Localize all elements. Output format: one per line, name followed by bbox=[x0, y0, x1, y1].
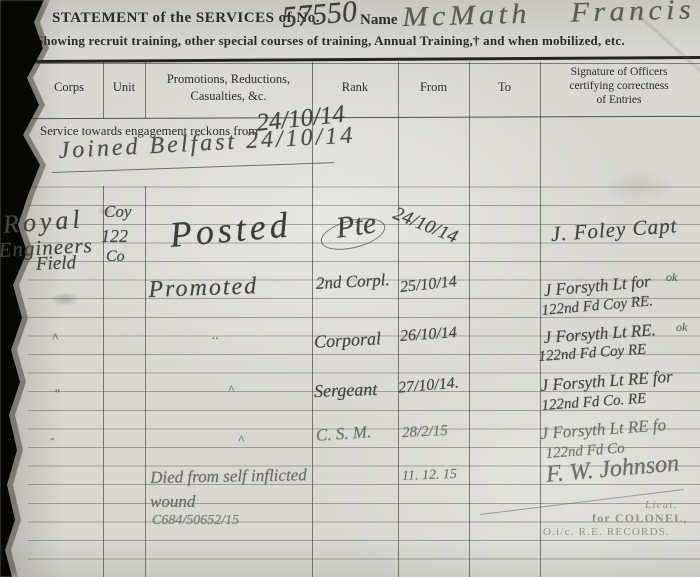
grid-line-to-signature bbox=[540, 62, 541, 577]
service-number-handwritten: 57550 bbox=[281, 0, 359, 35]
column-header-signature-line2: certifying correctness bbox=[540, 80, 698, 92]
entry1-corps-line3: Field bbox=[36, 252, 77, 275]
stamp-re-records: O.i/c. R.E. RECORDS. bbox=[543, 526, 670, 538]
column-header-corps: Corps bbox=[35, 80, 103, 95]
entry3-rank-handwritten: Corporal bbox=[313, 328, 381, 352]
entry1-unit-line2: 122 bbox=[101, 226, 128, 247]
column-header-promotions-line1: Promotions, Reductions, bbox=[145, 72, 312, 87]
entry3-corps-ditto: ^ bbox=[52, 330, 57, 346]
service-record-scan: STATEMENT of the SERVICES of No. 57550 N… bbox=[0, 0, 700, 577]
entry5-corps-ditto: - bbox=[50, 430, 54, 446]
grid-line-from-to bbox=[469, 62, 470, 577]
entry1-unit-line3: Co bbox=[106, 248, 125, 266]
page-subtitle: Showing recruit training, other special … bbox=[36, 33, 625, 49]
entry6-from-date: 11. 12. 15 bbox=[402, 467, 457, 485]
entry5-from-date: 28/2/15 bbox=[402, 423, 449, 442]
entry4-event-ditto: ^ bbox=[228, 382, 233, 398]
grid-line-unit-promotions-body bbox=[145, 186, 146, 577]
column-header-rank: Rank bbox=[312, 80, 398, 95]
entry6-event-line2: wound bbox=[150, 492, 195, 512]
column-header-unit: Unit bbox=[103, 80, 145, 95]
column-header-signature-line3: of Entries bbox=[540, 94, 698, 106]
name-handwritten: McMath Francis bbox=[402, 0, 695, 34]
entry1-unit-line1: Coy bbox=[104, 202, 131, 222]
name-label: Name bbox=[360, 12, 398, 29]
header-bottom-rule bbox=[30, 116, 700, 120]
entry5-event-ditto: ^ bbox=[238, 432, 243, 448]
entry3-event-ditto: .. bbox=[212, 328, 219, 344]
entry6-event-line1: Died from self inflicted bbox=[150, 465, 307, 488]
grid-line-rank-from bbox=[398, 62, 399, 577]
entry2-check-mark: ok bbox=[666, 270, 677, 285]
column-header-promotions-line2: Casualties, &c. bbox=[145, 89, 312, 104]
entry4-corps-ditto: " bbox=[54, 386, 59, 402]
column-header-to: To bbox=[469, 80, 540, 95]
stamp-rank: Lieut. bbox=[645, 499, 678, 511]
table-top-rule-thin bbox=[32, 63, 700, 64]
entry3-check-mark: ok bbox=[676, 320, 687, 335]
entry5-rank-handwritten: C. S. M. bbox=[315, 422, 372, 446]
column-header-signature-line1: Signature of Officers bbox=[540, 66, 698, 78]
page-title: STATEMENT of the SERVICES of No. bbox=[52, 10, 320, 27]
entry6-reference-number: C684/50652/15 bbox=[152, 513, 239, 529]
column-header-from: From bbox=[398, 80, 469, 95]
entry4-rank-handwritten: Sergeant bbox=[314, 379, 378, 402]
entry2-rank-handwritten: 2nd Corpl. bbox=[316, 270, 391, 294]
stamp-for-colonel: for COLONEL, bbox=[592, 511, 688, 526]
entry2-event-handwritten: Promoted bbox=[148, 273, 259, 304]
